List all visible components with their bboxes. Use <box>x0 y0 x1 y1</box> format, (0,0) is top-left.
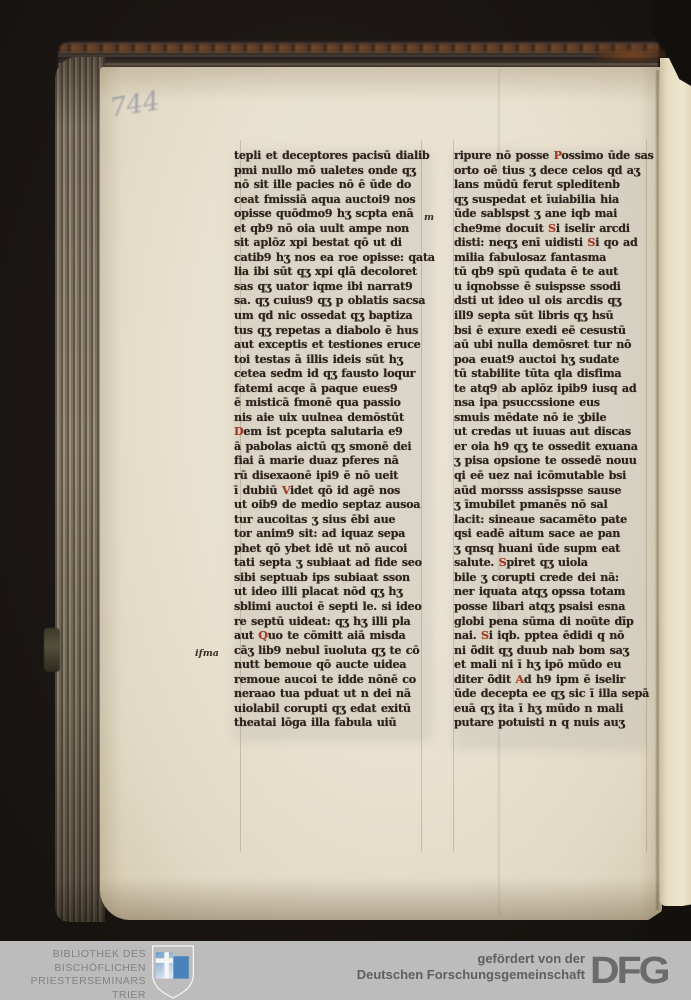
manuscript-line: aut exceptis et testiones eruce <box>234 337 434 352</box>
funding-credit-line: gefördert von der <box>305 951 585 967</box>
manuscript-column-1: tepli et deceptores pacisū dialibpmi nul… <box>234 148 434 730</box>
manuscript-line: pmi nullo mō ualetes onde qʒ <box>234 163 434 178</box>
manuscript-line: sas qʒ uator iqme ibi narrat9 <box>234 279 434 294</box>
library-credit-line: BIBLIOTHEK DES <box>0 948 146 962</box>
manuscript-line: ʒ īmubilet pmanēs nō sal <box>454 497 647 512</box>
manuscript-line: sit aplōz xpi bestat qō ut di <box>234 235 434 250</box>
manuscript-line: posse libari atqʒ psaisi esna <box>454 599 647 614</box>
manuscript-line: qsi eadē aitum sace ae pan <box>454 526 647 541</box>
manuscript-line: nō sit ille pacies nō ē ūde do <box>234 177 434 192</box>
manuscript-line: bile ʒ corupti crede dei nā: <box>454 570 647 585</box>
manuscript-line: lia ibi sūt qʒ xpi qlā decoloret <box>234 264 434 279</box>
manuscript-line: ī dubiū Videt qō id agē nos <box>234 483 434 498</box>
manuscript-line: diter õdit Ad h9 ipm ē iselir <box>454 672 647 687</box>
manuscript-line: tū stabilite tūta qla disfima <box>454 366 647 381</box>
facing-page-sliver <box>660 58 691 906</box>
manuscript-line: et qb9 nō oia uult ampe non <box>234 221 434 236</box>
book-top-edge-corner <box>596 48 666 62</box>
library-credit: BIBLIOTHEK DES BISCHÖFLICHEN PRIESTERSEM… <box>0 948 146 1000</box>
manuscript-line: opisse quōdmo9 hʒ scpta enā <box>234 206 434 221</box>
manuscript-line: lans mūdū ferut spleditenb <box>454 177 647 192</box>
manuscript-line: tati septa ʒ subiaat ad fide seo <box>234 555 434 570</box>
manuscript-line: ni õdit qʒ duub nab bom saʒ <box>454 643 647 658</box>
manuscript-line: fatemi acqe ā paque eues9 <box>234 381 434 396</box>
manuscript-line: bsi ē exure exedi eē cesustū <box>454 323 647 338</box>
manuscript-line: qʒ suspedat et īuiabilia hia <box>454 192 647 207</box>
manuscript-line: ʒ pisa opsione te ossedē nouu <box>454 453 647 468</box>
manuscript-line: qi eē uez nai icōmutable bsi <box>454 468 647 483</box>
manuscript-photo: tepli et deceptores pacisū dialibpmi nul… <box>0 0 691 1000</box>
dfg-logo[interactable]: DFG <box>590 949 682 992</box>
manuscript-line: ʒ qnsq huani ūde supm eat <box>454 541 647 556</box>
manuscript-line: nis aie uix uulnea demōstūt <box>234 410 434 425</box>
manuscript-line: theatai lōga illa fabula uiū <box>234 715 434 730</box>
book-top-edge-fuzz <box>60 44 660 52</box>
manuscript-line: ut oib9 de medio septaz ausoa <box>234 497 434 512</box>
book-clasp-remnant <box>44 628 60 672</box>
manuscript-line: milia fabulosaz fantasma <box>454 250 647 265</box>
manuscript-line: Dem ist pcepta salutaria e9 <box>234 424 434 439</box>
manuscript-line: re septū uideat: qʒ hʒ illi pla <box>234 614 434 629</box>
book-page-stack-edge <box>55 57 105 922</box>
margin-note: m <box>424 212 434 223</box>
manuscript-line: fiai ā marie duaz pferes nā <box>234 453 434 468</box>
library-shield-logo[interactable] <box>149 943 197 1000</box>
manuscript-line: smuis mēdate nō ie ʒbile <box>454 410 647 425</box>
manuscript-line: phet qō ybet idē ut nō aucoi <box>234 541 434 556</box>
manuscript-line: nai. Si iqb. pptea ēdidi q nō <box>454 628 647 643</box>
library-credit-line: PRIESTERSEMINARS TRIER <box>0 975 146 1000</box>
manuscript-line: dsti ut ideo ul ois arcdis qʒ <box>454 293 647 308</box>
manuscript-line: rū disexaonē ipi9 ē nō ueit <box>234 468 434 483</box>
manuscript-line: sibi septuab ips subiaat sson <box>234 570 434 585</box>
manuscript-line: uiolabil corupti qʒ edat exitū <box>234 701 434 716</box>
manuscript-line: ūde sablspst ʒ ane iqb mai <box>454 206 647 221</box>
manuscript-line: euā qʒ ita ī hʒ mūdo n mali <box>454 701 647 716</box>
manuscript-line: aūd morsss assispsse sause <box>454 483 647 498</box>
manuscript-line: toi testas ā illis ideis sūt hʒ <box>234 352 434 367</box>
manuscript-line: sblimi auctoi ē septi le. si ideo <box>234 599 434 614</box>
manuscript-line: cāʒ lib9 nebul īuoluta qʒ te cō <box>234 643 434 658</box>
manuscript-line: orto oē tius ʒ dece celos qd aʒ <box>454 163 647 178</box>
manuscript-line: er oia h9 qʒ te ossedit exuana <box>454 439 647 454</box>
manuscript-line: ut ideo illi placat nōd qʒ hʒ <box>234 584 434 599</box>
manuscript-line: aū ubi nulla demōsret tur nō <box>454 337 647 352</box>
manuscript-line: lacit: sineaue sacamēto pate <box>454 512 647 527</box>
funding-credit: gefördert von der Deutschen Forschungsge… <box>305 951 585 983</box>
manuscript-line: ceat fmissiā aqua auctoi9 nos <box>234 192 434 207</box>
manuscript-line: sa. qʒ cuius9 qʒ p oblatis sacsa <box>234 293 434 308</box>
manuscript-line: ripure nō posse Possimo ūde sas <box>454 148 647 163</box>
library-credit-line: BISCHÖFLICHEN <box>0 962 146 976</box>
manuscript-line: catib9 hʒ nos ea roe opisse: qata <box>234 250 434 265</box>
manuscript-line: ill9 septa sūt libris qʒ hsū <box>454 308 647 323</box>
manuscript-line: ūde decepta ee qʒ sic ī illa sepā <box>454 686 647 701</box>
manuscript-line: disti: neqʒ enī uidisti Si qo ad <box>454 235 647 250</box>
manuscript-line: te atq9 ab aplōz ipib9 iusq ad <box>454 381 647 396</box>
manuscript-line: tus qʒ repetas a diabolo ē hus <box>234 323 434 338</box>
manuscript-line: ner iquata atqʒ opssa totam <box>454 584 647 599</box>
manuscript-line: tor anim9 sit: ad iquaz sepa <box>234 526 434 541</box>
manuscript-line: poa euat9 auctoi hʒ sudate <box>454 352 647 367</box>
manuscript-line: neraao tua pduat ut n dei nā <box>234 686 434 701</box>
manuscript-line: ē misticā fmonē qua passio <box>234 395 434 410</box>
manuscript-line: tū qb9 spū qudata ē te aut <box>454 264 647 279</box>
manuscript-line: globi pena sūma di noūte dīp <box>454 614 647 629</box>
manuscript-line: remoue aucoi te idde nōnē co <box>234 672 434 687</box>
manuscript-column-2: ripure nō posse Possimo ūde sasorto oē t… <box>454 148 647 730</box>
manuscript-line: tepli et deceptores pacisū dialib <box>234 148 434 163</box>
manuscript-line: cetea sedm id qʒ fausto loqur <box>234 366 434 381</box>
manuscript-line: che9me docuit Si iselir arcdi <box>454 221 647 236</box>
manuscript-line: ut credas ut iuuas aut discas <box>454 424 647 439</box>
margin-note: ifma <box>195 648 219 659</box>
funding-credit-line: Deutschen Forschungsgemeinschaft <box>305 967 585 983</box>
manuscript-line: salute. Spiret qʒ uiola <box>454 555 647 570</box>
footer-bar: BIBLIOTHEK DES BISCHÖFLICHEN PRIESTERSEM… <box>0 941 691 1000</box>
library-shield-icon <box>149 943 197 1000</box>
manuscript-line: aut Quo te cōmitt aiā misda <box>234 628 434 643</box>
manuscript-line: putare potuisti n q nuis auʒ <box>454 715 647 730</box>
manuscript-line: et mali ni ī hʒ ipō mūdo eu <box>454 657 647 672</box>
manuscript-line: nutt bemoue qō aucte uidea <box>234 657 434 672</box>
manuscript-line: um qd nic ossedat qʒ baptiza <box>234 308 434 323</box>
manuscript-line: nsa ipa psuccssione eus <box>454 395 647 410</box>
manuscript-line: u iqnobsse ē suispsse ssodi <box>454 279 647 294</box>
manuscript-line: tur aucoitas ʒ sius ēbi aue <box>234 512 434 527</box>
manuscript-line: ā pabolas aictū qʒ smonē dei <box>234 439 434 454</box>
